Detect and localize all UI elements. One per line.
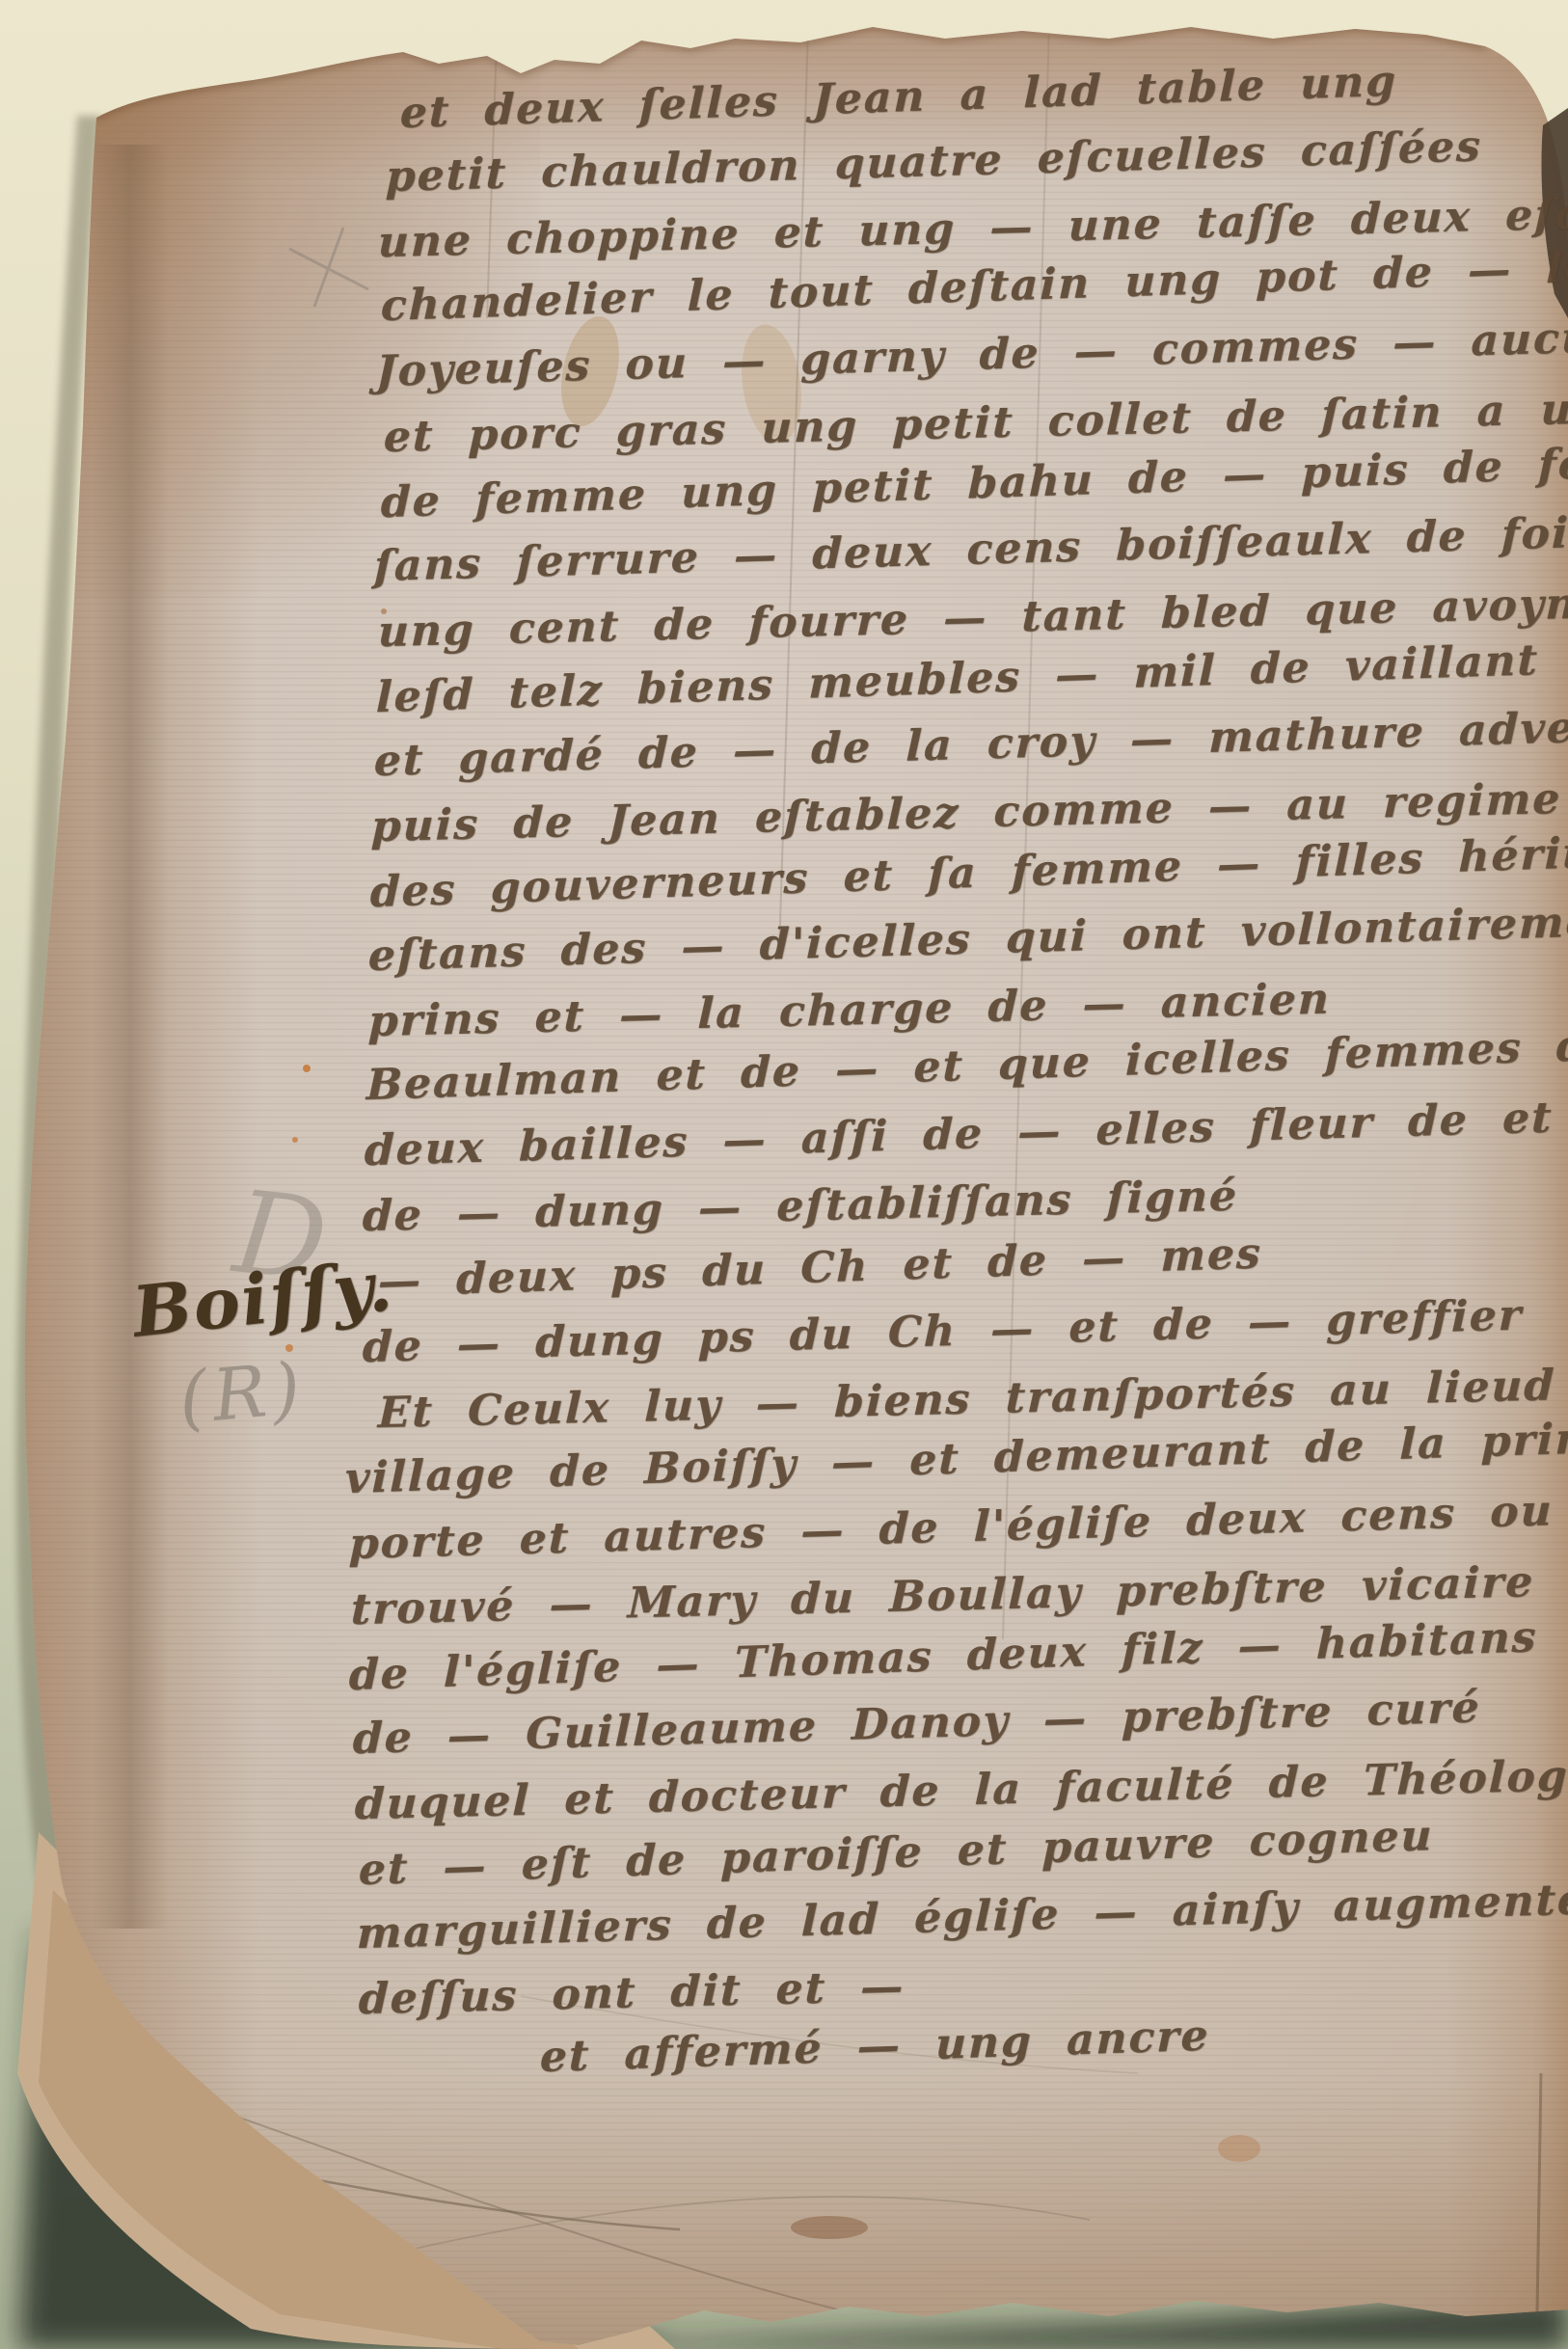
photograph-of-manuscript: { "document": { "kind_label": "handwritt… [0,0,1568,2349]
rust-speck [303,1065,311,1072]
left-stain-band [92,145,169,1929]
page-right-browned-edge [1446,0,1568,2349]
rust-speck [381,608,387,614]
manuscript-page [0,0,1568,2349]
rust-stain [1218,2135,1260,2162]
rust-speck [285,1344,293,1352]
manuscript-photo-scene [0,0,1568,2349]
rust-speck [292,1137,298,1143]
rust-stain [791,2216,868,2239]
